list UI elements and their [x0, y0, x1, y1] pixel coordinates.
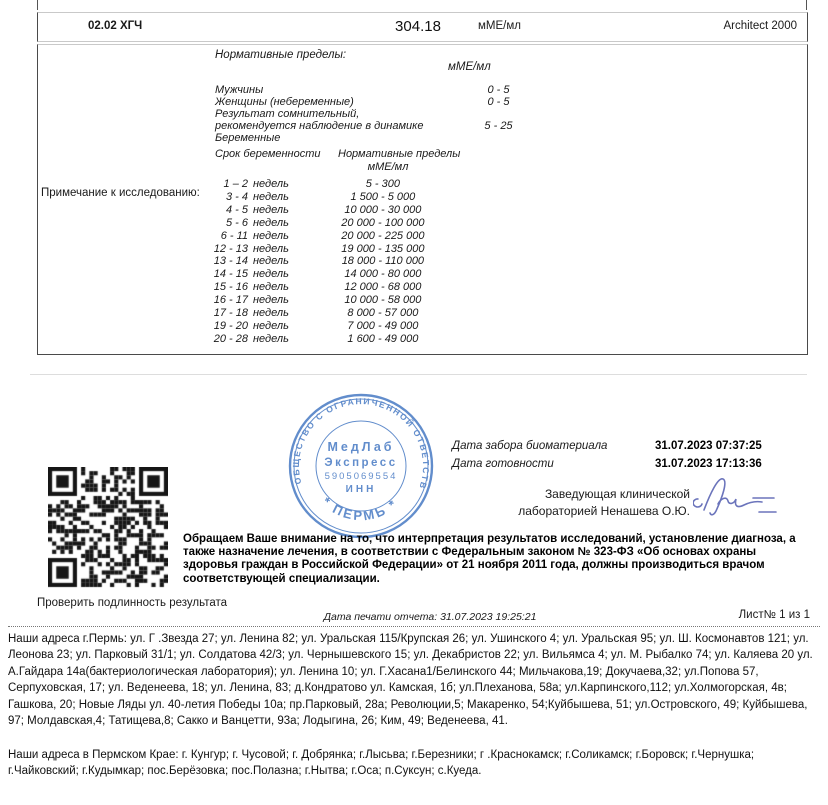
stamp-line2: Экспресс — [324, 457, 397, 469]
pregnancy-range-row: 1 – 2недель5 - 300 — [38, 178, 518, 191]
analyzer-name: Architect 2000 — [723, 20, 797, 32]
pregnancy-range-row: 12 - 13недель19 000 - 135 000 — [38, 243, 518, 256]
pregnancy-range-row: 4 - 5недель10 000 - 30 000 — [38, 204, 518, 217]
lab-report-page: 02.02 ХГЧ 304.18 мМЕ/мл Architect 2000 П… — [0, 0, 828, 805]
sheet-number: Лист№ 1 из 1 — [739, 609, 810, 621]
table-border-remnant-right — [806, 0, 807, 10]
test-note-box: Примечание к исследованию: Нормативные п… — [37, 44, 808, 355]
test-result-row: 02.02 ХГЧ 304.18 мМЕ/мл Architect 2000 — [37, 12, 808, 42]
pregnancy-range-row: 20 - 28недель1 600 - 49 000 — [38, 333, 518, 346]
pregnancy-units: мМЕ/мл — [308, 161, 468, 173]
test-result-units: мМЕ/мл — [478, 20, 521, 32]
sample-date-label: Дата забора биоматериала — [452, 440, 607, 452]
pregnancy-range-row: 14 - 15недель14 000 - 80 000 — [38, 268, 518, 281]
stamp-inn-label: ИНН — [346, 484, 377, 495]
reference-range-row: рекомендуется наблюдение в динамике5 - 2… — [215, 121, 635, 133]
pregnancy-range-row: 17 - 18недель8 000 - 57 000 — [38, 307, 518, 320]
sample-date-value: 31.07.2023 07:37:25 — [655, 440, 762, 452]
pregnancy-term-header: Срок беременности — [215, 148, 321, 160]
pregnancy-range-row: 5 - 6недель20 000 - 100 000 — [38, 217, 518, 230]
reference-range-row: Беременные — [215, 133, 635, 145]
ready-date-label: Дата готовности — [452, 458, 554, 470]
reference-ranges-list: Мужчины0 - 5Женщины (небеременные)0 - 5Р… — [215, 85, 635, 145]
pregnancy-ranges-list: 1 – 2недель5 - 3003 - 4недель1 500 - 5 0… — [38, 178, 518, 346]
handwritten-signature — [693, 472, 793, 522]
test-result-value: 304.18 — [338, 18, 498, 35]
print-date: Дата печати отчета: 31.07.2023 19:25:21 — [300, 611, 560, 623]
table-border-remnant-left — [37, 0, 38, 10]
company-round-stamp: ОБЩЕСТВО С ОГРАНИЧЕННОЙ ОТВЕТСТВЕННОСТЬЮ… — [286, 391, 436, 541]
pregnancy-range-row: 13 - 14недель18 000 - 110 000 — [38, 255, 518, 268]
pregnancy-range-row: 15 - 16недель12 000 - 68 000 — [38, 281, 518, 294]
verify-authenticity-label: Проверить подлинность результата — [37, 597, 227, 609]
reference-limits-header: Нормативные пределы: — [215, 49, 346, 61]
interpretation-notice: Обращаем Ваше внимание на то, что интерп… — [183, 533, 811, 586]
stamp-city-text: * ПЕРМЬ * — [319, 494, 401, 523]
addresses-perm-kray: Наши адреса в Пермском Крае: г. Кунгур; … — [8, 747, 824, 780]
reference-range-row: Результат сомнительный, — [215, 109, 635, 121]
head-of-lab-title: Заведующая клинической лабораторией Нена… — [488, 486, 690, 520]
section-divider — [30, 374, 807, 375]
svg-text:* ПЕРМЬ *: * ПЕРМЬ * — [319, 494, 401, 523]
ready-date-value: 31.07.2023 17:13:36 — [655, 458, 762, 470]
qr-code — [48, 467, 168, 589]
pregnancy-limits-header: Нормативные пределы — [338, 148, 460, 160]
pregnancy-range-row: 19 - 20недель7 000 - 49 000 — [38, 320, 518, 333]
stamp-line1: МедЛаб — [327, 440, 394, 454]
stamp-inn-number: 5905069554 — [325, 471, 398, 482]
pregnancy-range-row: 16 - 17недель10 000 - 58 000 — [38, 294, 518, 307]
test-name: 02.02 ХГЧ — [88, 20, 142, 32]
pregnancy-range-row: 3 - 4недель1 500 - 5 000 — [38, 191, 518, 204]
footer-dotted-divider — [8, 626, 820, 627]
reference-units: мМЕ/мл — [448, 61, 491, 73]
addresses-perm: Наши адреса г.Пермь: ул. Г .Звезда 27; у… — [8, 631, 824, 729]
pregnancy-range-row: 6 - 11недель20 000 - 225 000 — [38, 230, 518, 243]
